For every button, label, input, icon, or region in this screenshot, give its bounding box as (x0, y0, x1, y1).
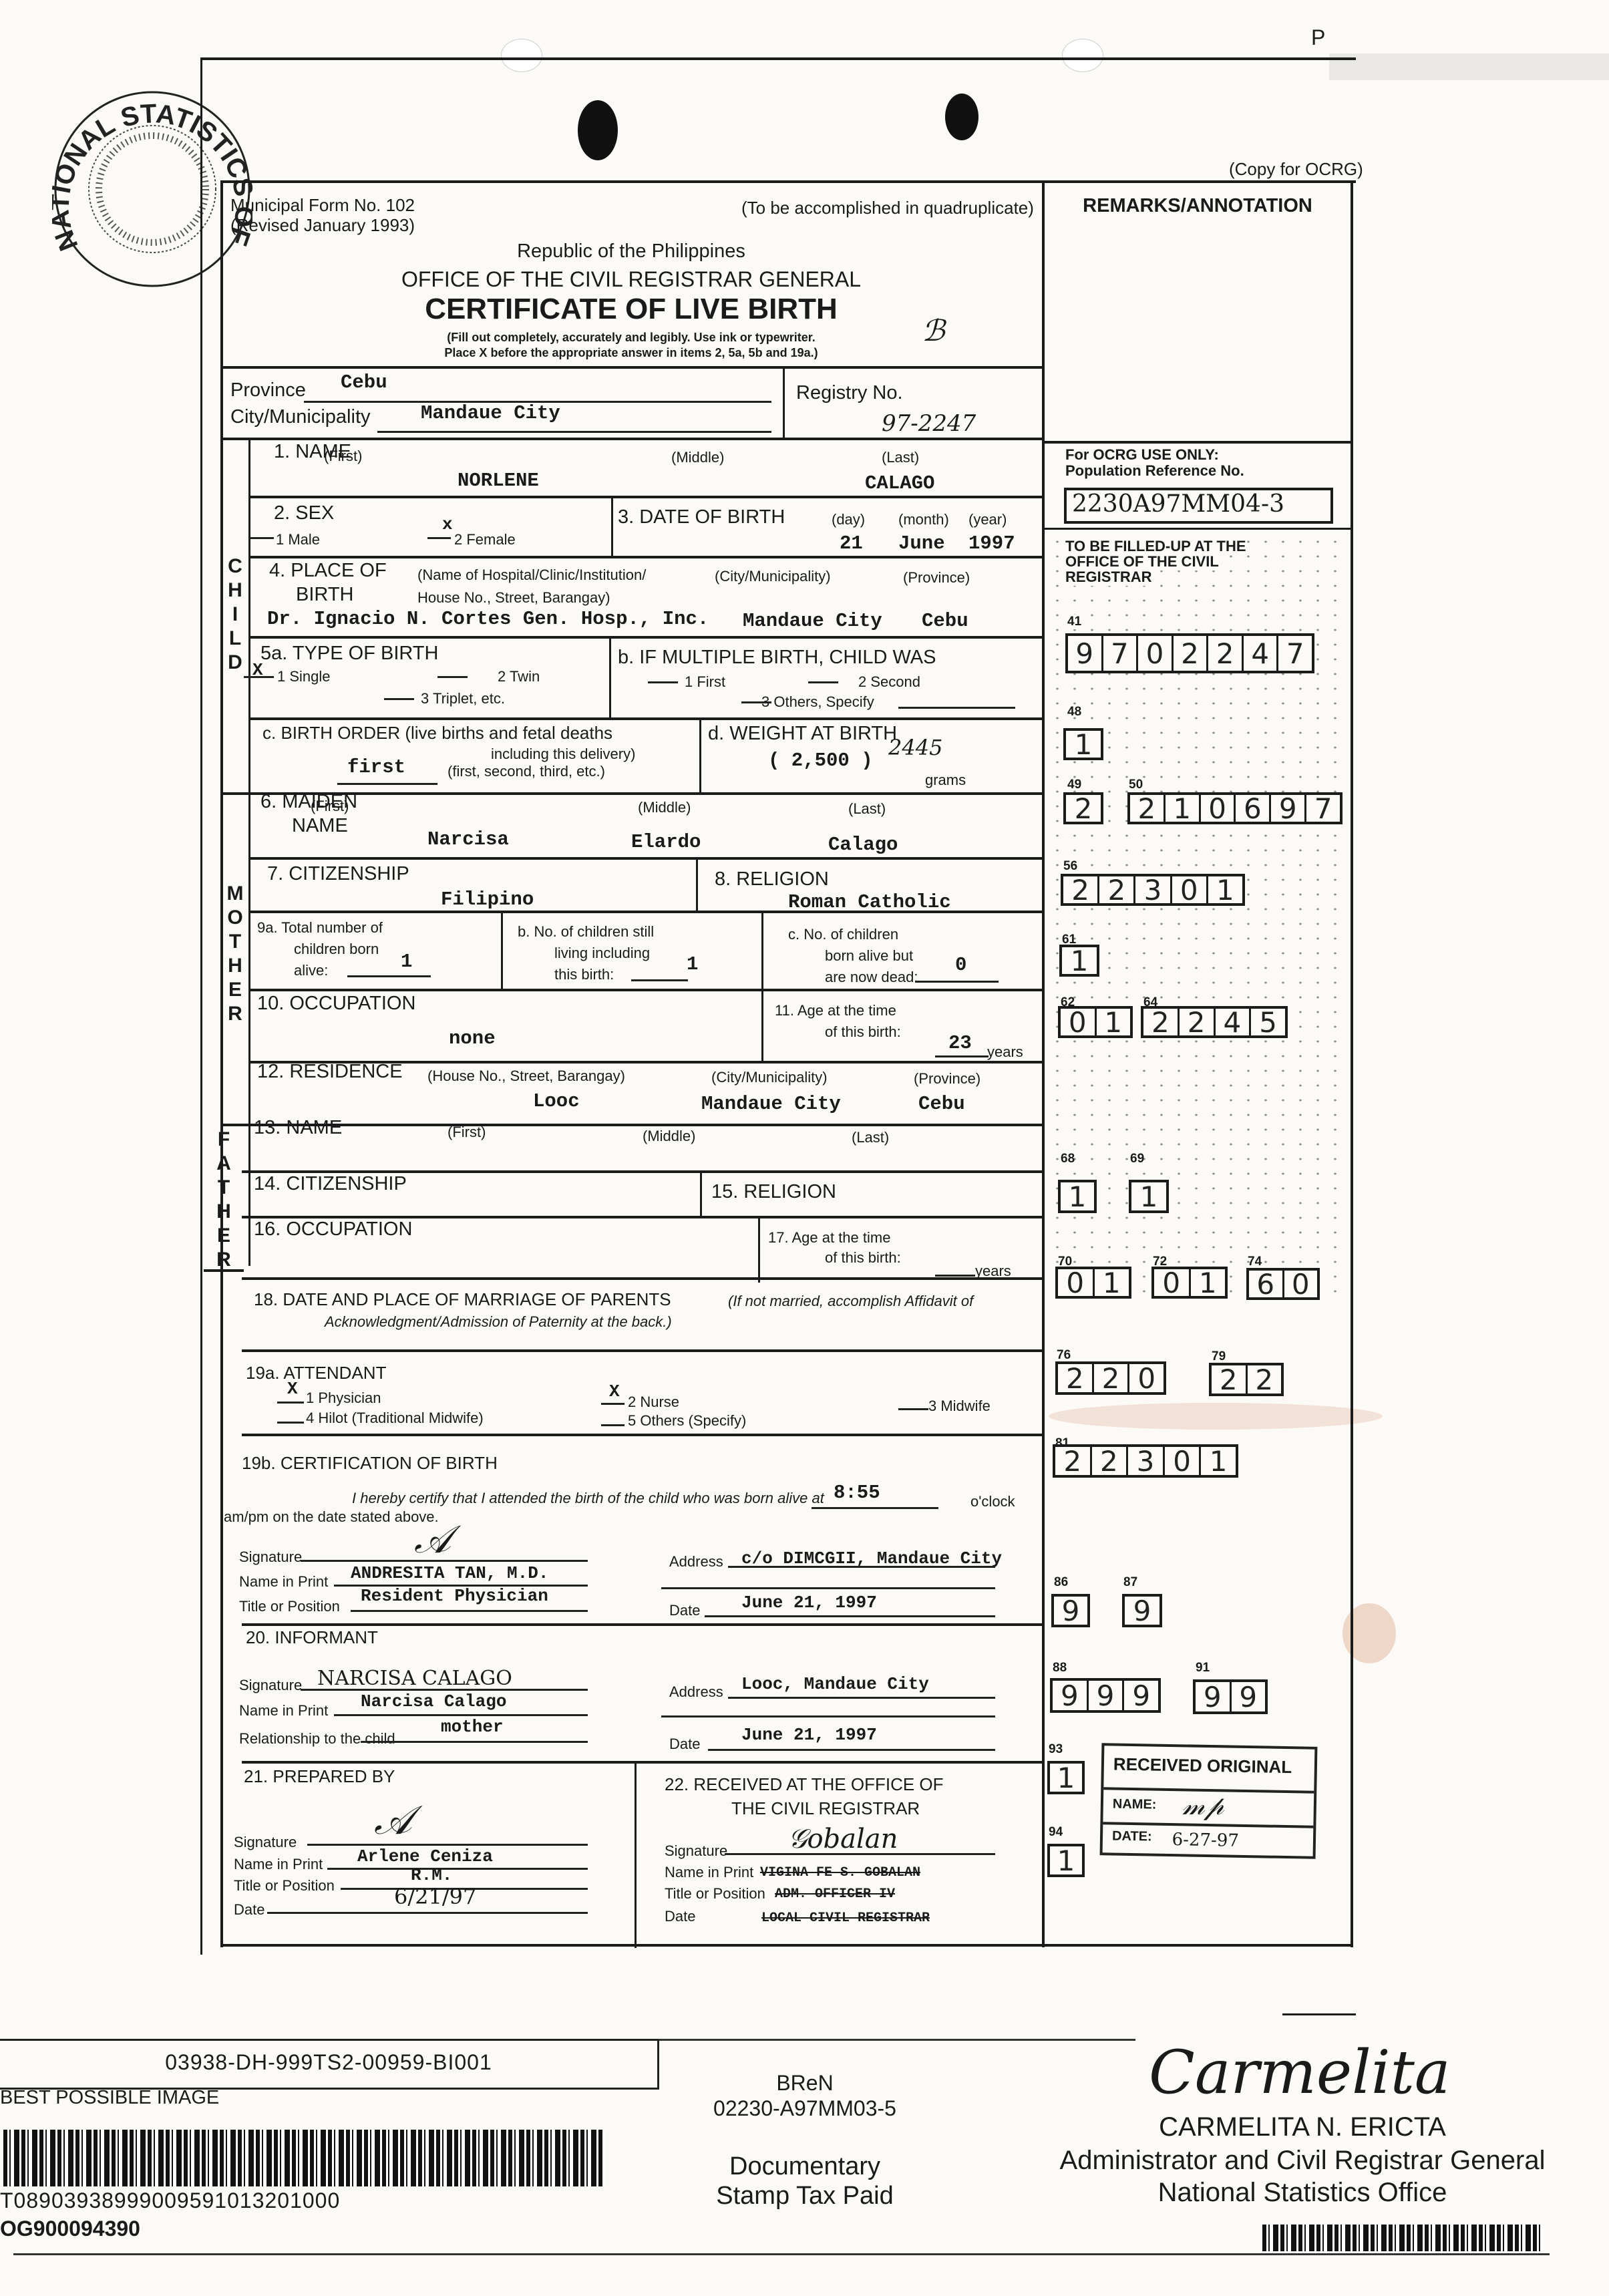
best-image-note: BEST POSSIBLE IMAGE (0, 2087, 219, 2109)
mother-age-label-1: 11. Age at the time (775, 1002, 896, 1019)
divider (1042, 528, 1353, 530)
divider (220, 1124, 1042, 1126)
prep-title-label: Title or Position (234, 1877, 335, 1895)
cert-name-label: Name in Print (239, 1573, 328, 1591)
divider (248, 717, 1042, 720)
mother-age-label-2: of this birth: (825, 1023, 901, 1041)
total-children-value[interactable]: 1 (401, 951, 412, 973)
certification-text-1: I hereby certify that I attended the bir… (352, 1490, 824, 1507)
recv-signature-label: Signature (665, 1842, 727, 1860)
digit: 4 (1216, 1009, 1252, 1035)
pop-ref-box[interactable]: 2230A97MM04-3 (1064, 488, 1333, 524)
code-box-69[interactable]: 1 (1129, 1180, 1169, 1213)
prep-name[interactable]: Arlene Ceniza (357, 1846, 493, 1866)
digit: 0 (1201, 795, 1236, 822)
inf-relationship-line (361, 1741, 588, 1743)
code-box-74[interactable]: 60 (1246, 1268, 1320, 1300)
footer-bottom-rule (13, 2253, 1550, 2255)
type-single: 1 Single (277, 668, 331, 685)
child-first-name[interactable]: NORLENE (458, 470, 539, 492)
prep-title[interactable]: R.M. (411, 1865, 452, 1885)
day-label: (day) (832, 511, 865, 528)
code-box-62[interactable]: 01 (1058, 1006, 1133, 1038)
inf-relationship[interactable]: mother (441, 1717, 504, 1737)
code-label-87: 87 (1123, 1575, 1137, 1590)
code-box-72[interactable]: 01 (1151, 1267, 1228, 1299)
middle-label: (Middle) (671, 449, 724, 466)
code-label-91: 91 (1196, 1661, 1210, 1675)
digit: 2 (1143, 1009, 1180, 1035)
weight-label: d. WEIGHT AT BIRTH (708, 723, 897, 745)
digit: 1 (1201, 1447, 1236, 1475)
stamp-title: RECEIVED ORIGINAL (1103, 1746, 1314, 1793)
digit: 2 (1248, 1365, 1282, 1393)
type-twin: 2 Twin (498, 668, 540, 685)
birth-order-label: c. BIRTH ORDER (live births and fetal de… (262, 723, 612, 744)
nurse-blank[interactable] (601, 1403, 624, 1405)
inf-relationship-label: Relationship to the child (239, 1730, 395, 1748)
living-children-label-1: b. No. of children still (518, 923, 654, 941)
birth-order-sub-2: (first, second, third, etc.) (448, 763, 605, 780)
cert-title[interactable]: Resident Physician (361, 1586, 548, 1606)
code-box-93[interactable]: 1 (1047, 1761, 1085, 1794)
first-label: (First) (448, 1124, 486, 1141)
digit: 6 (1249, 1271, 1284, 1297)
code-box-49[interactable]: 2 (1063, 792, 1103, 824)
digit: 0 (1061, 1009, 1097, 1035)
pob-hospital[interactable]: Dr. Ignacio N. Cortes Gen. Hosp., Inc. (267, 608, 709, 630)
punch-hole (501, 39, 542, 72)
divider (204, 1269, 244, 1272)
mother-occupation[interactable]: none (449, 1027, 496, 1049)
recv-title[interactable]: ADM. OFFICER IV (775, 1887, 895, 1902)
city-underline (377, 431, 771, 433)
divider (696, 857, 698, 911)
inf-date-line (708, 1749, 995, 1751)
attendant-physician: 1 Physician (306, 1389, 381, 1407)
divider (761, 989, 763, 1062)
inf-signature: NARCISA CALAGO (317, 1667, 512, 1690)
inf-address[interactable]: Looc, Mandaue City (741, 1674, 929, 1694)
digit: 1 (1050, 1764, 1082, 1792)
cert-title-label: Title or Position (239, 1598, 340, 1615)
mother-middle-name[interactable]: Elardo (631, 831, 701, 853)
digit: 5 (1251, 1009, 1285, 1035)
divider (242, 1277, 1042, 1280)
divider (242, 1761, 1042, 1764)
dead-children-label-2: born alive but (825, 947, 913, 965)
cert-date-label: Date (669, 1602, 700, 1619)
inf-signature-label: Signature (239, 1677, 302, 1694)
others-specify-line[interactable] (898, 707, 1015, 709)
divider (248, 556, 1042, 558)
multiple-first: 1 First (685, 673, 725, 691)
recv-date[interactable]: LOCAL CIVIL REGISTRAR (761, 1911, 930, 1926)
code-box-70[interactable]: 01 (1055, 1267, 1131, 1299)
divider (248, 496, 1042, 498)
digit: 1 (1095, 1269, 1129, 1296)
code-box-56[interactable]: 22301 (1061, 874, 1245, 906)
code-label-56: 56 (1063, 859, 1077, 874)
informant-label: 20. INFORMANT (246, 1627, 378, 1648)
cert-address[interactable]: c/o DIMCGII, Mandaue City (741, 1548, 1002, 1569)
residence-label: 12. RESIDENCE (257, 1061, 403, 1083)
mother-citizenship[interactable]: Filipino (441, 888, 534, 911)
res-city-label: (City/Municipality) (711, 1069, 828, 1086)
digit: 2 (1094, 1364, 1130, 1392)
received-label-1: 22. RECEIVED AT THE OFFICE OF (665, 1774, 944, 1795)
digit: 0 (1165, 1447, 1202, 1475)
digit: 2 (1174, 636, 1209, 671)
cert-signature: 𝒜 (414, 1516, 451, 1563)
prep-signature: 𝒜 (374, 1797, 412, 1844)
digit: 3 (1135, 876, 1172, 903)
cert-name[interactable]: ANDRESITA TAN, M.D. (351, 1563, 548, 1583)
inf-name[interactable]: Narcisa Calago (361, 1691, 506, 1711)
pob-province[interactable]: Cebu (922, 610, 968, 632)
total-children-underline (347, 975, 431, 977)
code-box-50[interactable]: 210697 (1127, 792, 1343, 824)
registrar-signature: Carmelita (1149, 2037, 1451, 2108)
res-prov-label: (Province) (914, 1070, 980, 1088)
signatory-title: Administrator and Civil Registrar Genera… (1042, 2146, 1563, 2176)
res-city[interactable]: Mandaue City (701, 1093, 841, 1115)
digit: 2 (1066, 795, 1101, 822)
divider (699, 717, 701, 792)
oclock: o'clock (970, 1493, 1015, 1510)
ink-blot (578, 100, 618, 160)
digit: 2 (1099, 876, 1135, 903)
middle-label: (Middle) (638, 799, 691, 816)
pob-city-label: (City/Municipality) (715, 568, 831, 585)
digit: 9 (1271, 795, 1306, 822)
first-blank[interactable] (648, 681, 678, 683)
inf-address-line (728, 1697, 995, 1699)
instructions-2: Place X before the appropriate answer in… (220, 346, 1042, 360)
digit: 1 (1097, 1009, 1131, 1035)
fill-note-3: REGISTRAR (1065, 568, 1152, 586)
dob-month[interactable]: June (898, 532, 945, 554)
code-label-94: 94 (1049, 1825, 1063, 1840)
prep-signature-line[interactable] (307, 1844, 588, 1846)
pop-ref-value: 2230A97MM04-3 (1067, 490, 1284, 518)
birth-order-sub-1: including this delivery) (491, 746, 635, 763)
digit: 0 (1284, 1271, 1318, 1297)
digit: 1 (1208, 876, 1242, 903)
digit: 1 (1066, 731, 1101, 758)
prep-date-line (267, 1912, 588, 1914)
form-left (220, 180, 223, 1947)
dob-year[interactable]: 1997 (968, 532, 1015, 554)
inf-address-label: Address (669, 1683, 723, 1701)
province-value[interactable]: Cebu (341, 371, 387, 393)
code-label-48: 48 (1067, 705, 1081, 719)
digit: 2 (1092, 1447, 1129, 1475)
sex-label: 2. SEX (274, 502, 334, 524)
certification-time[interactable]: 8:55 (834, 1482, 880, 1504)
digit: 2 (1208, 636, 1244, 671)
code-label-93: 93 (1049, 1742, 1063, 1757)
pob-label-2: BIRTH (296, 584, 353, 606)
living-children-value[interactable]: 1 (687, 953, 698, 975)
doc-code: 03938-DH-999TS2-00959-BI001 (0, 2041, 657, 2075)
middle-label: (Middle) (643, 1128, 695, 1145)
code-box-88[interactable]: 999 (1050, 1678, 1161, 1713)
divider (248, 636, 1042, 639)
divider (783, 366, 785, 440)
remarks-divider (1042, 180, 1045, 1947)
father-age-label-1: 17. Age at the time (768, 1229, 890, 1247)
others-attendant-blank[interactable] (601, 1424, 624, 1426)
inf-date[interactable]: June 21, 1997 (741, 1725, 877, 1745)
digit: 4 (1244, 636, 1279, 671)
mother-first-name[interactable]: Narcisa (427, 828, 509, 850)
mother-age-unit: years (987, 1043, 1023, 1061)
code-box-94[interactable]: 1 (1047, 1844, 1085, 1877)
code-label-68: 68 (1061, 1152, 1075, 1166)
prep-name-line (327, 1868, 588, 1870)
sex-female: 2 Female (454, 531, 516, 548)
divider (501, 911, 503, 989)
torn-corner (1329, 53, 1609, 80)
og-number: OG900094390 (0, 2217, 140, 2241)
total-children-label-2: children born (294, 941, 379, 958)
type-mark: X (252, 660, 263, 680)
attendant-midwife: 3 Midwife (928, 1398, 991, 1415)
digit: 7 (1306, 795, 1340, 822)
mother-last-name[interactable]: Calago (828, 834, 898, 856)
ink-blot (945, 94, 978, 140)
divider (1042, 441, 1353, 444)
divider (242, 1623, 1042, 1626)
dead-children-label-1: c. No. of children (788, 926, 898, 943)
republic: Republic of the Philippines (220, 240, 1042, 263)
office-name: OFFICE OF THE CIVIL REGISTRAR GENERAL (220, 267, 1042, 292)
divider (611, 496, 613, 556)
certification-label: 19b. CERTIFICATION OF BIRTH (242, 1453, 498, 1474)
divider (242, 1434, 1042, 1436)
digit: 9 (1125, 1597, 1159, 1625)
instructions-1: (Fill out completely, accurately and leg… (220, 331, 1042, 345)
res-province[interactable]: Cebu (918, 1093, 965, 1115)
digit: 1 (1131, 1182, 1166, 1210)
recv-title-label: Title or Position (665, 1885, 765, 1903)
digit: 9 (1053, 1681, 1089, 1710)
inf-address-line-2 (661, 1715, 995, 1717)
mother-age-underline (935, 1055, 989, 1057)
divider (700, 1170, 702, 1218)
province-label: Province (230, 379, 306, 401)
code-box-86[interactable]: 9 (1051, 1594, 1090, 1627)
prep-date[interactable]: 6/21/97 (394, 1884, 476, 1909)
form-bottom (220, 1944, 1353, 1947)
digit: 1 (1050, 1846, 1082, 1874)
marriage-note-2: Acknowledgment/Admission of Paternity at… (325, 1313, 672, 1331)
second-blank[interactable] (808, 681, 838, 683)
code-box-64[interactable]: 2245 (1141, 1006, 1288, 1038)
birth-order-underline (337, 783, 437, 785)
stamp-date-label: DATE: (1112, 1828, 1152, 1849)
father-citizenship-label: 14. CITIZENSHIP (254, 1173, 407, 1195)
code-box-79[interactable]: 22 (1209, 1363, 1284, 1396)
digit: 7 (1103, 636, 1139, 671)
sex-male: 1 Male (276, 531, 320, 548)
male-blank[interactable] (250, 537, 274, 539)
attendant-nurse: 2 Nurse (628, 1393, 679, 1411)
mother-age-value[interactable]: 23 (948, 1032, 972, 1054)
bren-value: 02230-A97MM03-5 (681, 2096, 928, 2121)
inf-name-label: Name in Print (239, 1702, 328, 1719)
digit: 9 (1089, 1681, 1125, 1710)
cert-date-line (705, 1615, 995, 1617)
barcode-small (1262, 2225, 1543, 2251)
code-label-49: 49 (1067, 778, 1081, 792)
divider (248, 857, 1042, 860)
digit: 0 (1129, 1364, 1164, 1392)
triplet-blank[interactable] (384, 698, 414, 700)
last-label: (Last) (882, 449, 919, 466)
cert-signature-label: Signature (239, 1548, 302, 1566)
total-children-label-3: alive: (294, 962, 328, 979)
last-label: (Last) (852, 1129, 889, 1146)
inf-date-label: Date (669, 1736, 700, 1753)
stamp-date-value: 6-27-97 (1172, 1830, 1239, 1851)
female-blank[interactable] (427, 537, 451, 539)
first-label: (First) (311, 798, 349, 815)
code-box-61[interactable]: 1 (1059, 945, 1099, 977)
code-box-81[interactable]: 22301 (1053, 1444, 1238, 1478)
physician-mark: X (287, 1379, 298, 1399)
child-last-name[interactable]: CALAGO (865, 472, 934, 494)
father-religion-label: 15. RELIGION (711, 1181, 836, 1203)
digit: 9 (1232, 1682, 1266, 1711)
father-name-label: 13. NAME (254, 1117, 342, 1139)
marriage-note-1: (If not married, accomplish Affidavit of (728, 1293, 973, 1310)
cert-title-line (351, 1610, 588, 1612)
code-label-88: 88 (1053, 1661, 1067, 1675)
code-label-41: 41 (1067, 615, 1081, 629)
form-revised: (Revised January 1993) (230, 215, 415, 236)
res-house[interactable]: Looc (533, 1090, 580, 1112)
digit: 9 (1068, 636, 1103, 671)
cert-address-line-2 (661, 1587, 995, 1589)
mother-name-label-2: NAME (292, 815, 348, 837)
code-label-79: 79 (1212, 1349, 1226, 1364)
birth-order-value[interactable]: first (347, 756, 405, 778)
physician-blank[interactable] (277, 1402, 304, 1404)
signatory-office: National Statistics Office (1055, 2178, 1550, 2208)
digit: 3 (1128, 1447, 1165, 1475)
multiple-birth-label: b. IF MULTIPLE BIRTH, CHILD WAS (618, 647, 936, 669)
dead-children-value[interactable]: 0 (955, 954, 966, 976)
quadruplicate-note: (To be accomplished in quadruplicate) (741, 198, 1034, 218)
digit: 9 (1196, 1682, 1232, 1711)
digit: 0 (1058, 1269, 1095, 1296)
twin-blank[interactable] (437, 676, 468, 678)
form-number: Municipal Form No. 102 (230, 195, 415, 216)
sex-mark: x (442, 514, 453, 534)
copy-label: (Copy for OCRG) (1229, 159, 1363, 180)
digit: 6 (1236, 795, 1271, 822)
digit: 7 (1278, 636, 1312, 671)
digit: 2 (1130, 795, 1166, 822)
weight-value[interactable]: ( 2,500 ) (768, 750, 873, 772)
code-box-91[interactable]: 99 (1193, 1679, 1268, 1714)
pob-city[interactable]: Mandaue City (743, 610, 882, 632)
attendant-others: 5 Others (Specify) (628, 1412, 746, 1430)
initials: ℬ (922, 314, 945, 348)
digit: 2 (1180, 1009, 1216, 1035)
barcode (3, 2130, 604, 2186)
certificate-title: CERTIFICATE OF LIVE BIRTH (220, 293, 1042, 326)
hilot-blank[interactable] (277, 1422, 304, 1424)
recv-date-label: Date (665, 1908, 695, 1925)
recv-name-label: Name in Print (665, 1864, 753, 1881)
last-label: (Last) (848, 800, 886, 818)
living-children-label-3: this birth: (554, 966, 614, 983)
divider (761, 911, 763, 989)
code-label-50: 50 (1129, 778, 1143, 792)
digit: 9 (1054, 1597, 1087, 1625)
prepared-label: 21. PREPARED BY (244, 1766, 395, 1787)
registry-label: Registry No. (796, 382, 903, 404)
punch-hole (1062, 39, 1103, 72)
frame-top (200, 57, 1356, 60)
pob-label-1: 4. PLACE OF (269, 560, 387, 582)
type-of-birth-label: 5a. TYPE OF BIRTH (260, 643, 438, 665)
divider (220, 438, 1042, 440)
code-box-48[interactable]: 1 (1063, 728, 1103, 760)
page-marker: P (1311, 25, 1325, 50)
year-label: (year) (968, 511, 1007, 528)
digit: 9 (1124, 1681, 1158, 1710)
code-box-68[interactable]: 1 (1058, 1180, 1097, 1213)
registry-value[interactable]: 97-2247 (882, 410, 976, 437)
ocrg-use-only: For OCRG USE ONLY: (1065, 446, 1219, 464)
living-children-underline (631, 979, 688, 981)
midwife-blank[interactable] (898, 1408, 928, 1410)
religion-label: 8. RELIGION (715, 868, 829, 890)
time-underline (812, 1507, 938, 1509)
digit: 1 (1166, 795, 1201, 822)
city-value[interactable]: Mandaue City (421, 402, 560, 424)
city-label: City/Municipality (230, 406, 371, 428)
attendant-label: 19a. ATTENDANT (246, 1363, 386, 1383)
bren-label: BReN (708, 2071, 902, 2096)
father-occupation-label: 16. OCCUPATION (254, 1218, 412, 1241)
dob-day[interactable]: 21 (840, 532, 863, 554)
code-box-87[interactable]: 9 (1122, 1594, 1162, 1627)
digit: 2 (1212, 1365, 1248, 1393)
citizenship-label: 7. CITIZENSHIP (267, 863, 409, 885)
divider (609, 636, 611, 717)
code-label-76: 76 (1057, 1348, 1071, 1363)
prep-signature-label: Signature (234, 1834, 297, 1851)
digit: 1 (1191, 1269, 1226, 1296)
type-triplet: 3 Triplet, etc. (421, 690, 505, 707)
first-label: (First) (324, 448, 362, 465)
occupation-label: 10. OCCUPATION (257, 993, 415, 1015)
living-children-label-2: living including (554, 945, 650, 962)
code-box-76[interactable]: 220 (1055, 1361, 1166, 1395)
recv-name[interactable]: VIGINA FE S. GOBALAN (760, 1865, 920, 1880)
stamp-tax-1: Documentary (681, 2152, 928, 2181)
code-box-41[interactable]: 9702247 (1065, 633, 1314, 673)
code-label-86: 86 (1054, 1575, 1068, 1590)
stamp-signature: 𝓂𝓅 (1182, 1790, 1224, 1821)
cert-date[interactable]: June 21, 1997 (741, 1593, 877, 1613)
digit: 0 (1138, 636, 1174, 671)
